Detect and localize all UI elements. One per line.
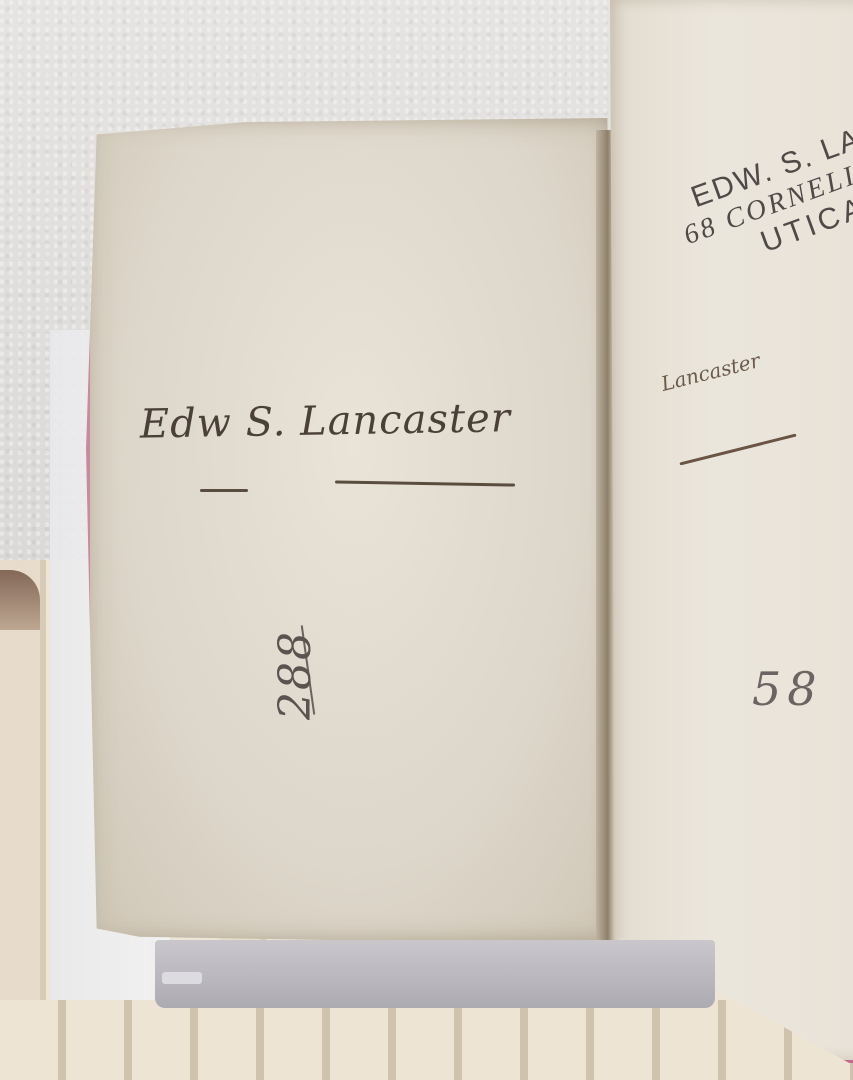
acrylic-stand-ledge (155, 940, 715, 1008)
handwritten-signature: Edw S. Lancaster (140, 394, 561, 461)
pencil-number-left: 288 (270, 630, 321, 720)
left-page (86, 118, 618, 945)
signature-underline-short (200, 489, 248, 492)
woven-mat-stripes (0, 1000, 853, 1080)
pencil-number-right: 58 (752, 662, 823, 716)
stand-notch (162, 972, 202, 984)
